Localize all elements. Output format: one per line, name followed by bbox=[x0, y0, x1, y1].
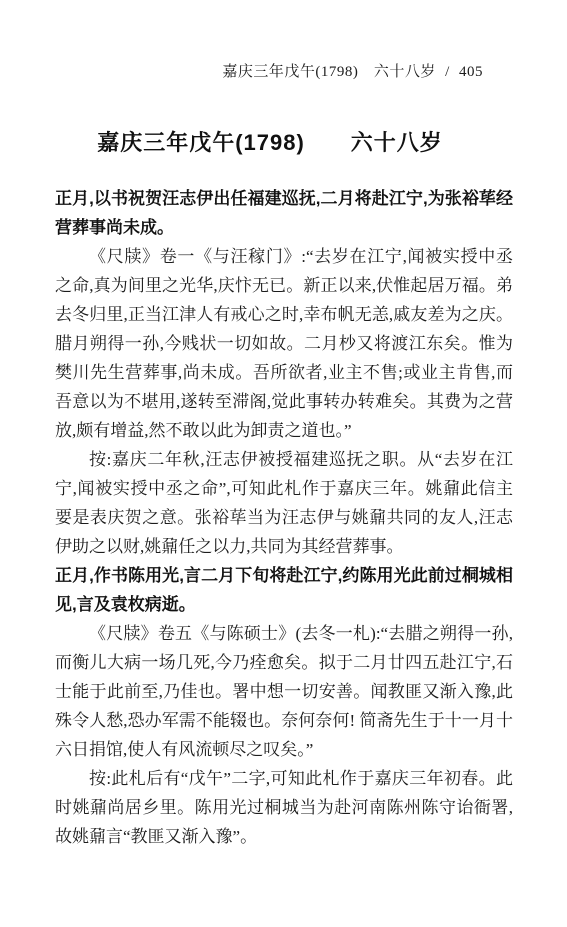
note-paragraph: 按:此札后有“戊午”二字,可知此札作于嘉庆三年初春。此时姚鼐尚居乡里。陈用光过桐… bbox=[55, 764, 513, 851]
running-header-title: 嘉庆三年戊午(1798) 六十八岁 bbox=[222, 64, 436, 80]
quote-paragraph: 《尺牍》卷五《与陈硕士》(去冬一札):“去腊之朔得一孙,而衡儿大病一场几死,今乃… bbox=[55, 619, 513, 764]
page-number: 405 bbox=[459, 64, 483, 80]
entry-summary-paragraph: 正月,以书祝贺汪志伊出任福建巡抚,二月将赴江宁,为张裕荜经营葬事尚未成。 bbox=[55, 184, 513, 242]
book-page: 嘉庆三年戊午(1798) 六十八岁 / 405 嘉庆三年戊午(1798) 六十八… bbox=[0, 0, 567, 927]
note-paragraph: 按:嘉庆二年秋,汪志伊被授福建巡抚之职。从“去岁在江宁,闻被实授中丞之命”,可知… bbox=[55, 445, 513, 561]
page-body: 正月,以书祝贺汪志伊出任福建巡抚,二月将赴江宁,为张裕荜经营葬事尚未成。 《尺牍… bbox=[55, 184, 513, 851]
running-header-separator: / bbox=[445, 64, 450, 80]
quote-paragraph: 《尺牍》卷一《与汪稼门》:“去岁在江宁,闻被实授中丞之命,真为间里之光华,庆忭无… bbox=[55, 242, 513, 445]
page-title: 嘉庆三年戊午(1798) 六十八岁 bbox=[30, 126, 510, 157]
running-header: 嘉庆三年戊午(1798) 六十八岁 / 405 bbox=[0, 60, 483, 81]
entry-summary-paragraph: 正月,作书陈用光,言二月下旬将赴江宁,约陈用光此前过桐城相见,言及袁枚病逝。 bbox=[55, 561, 513, 619]
